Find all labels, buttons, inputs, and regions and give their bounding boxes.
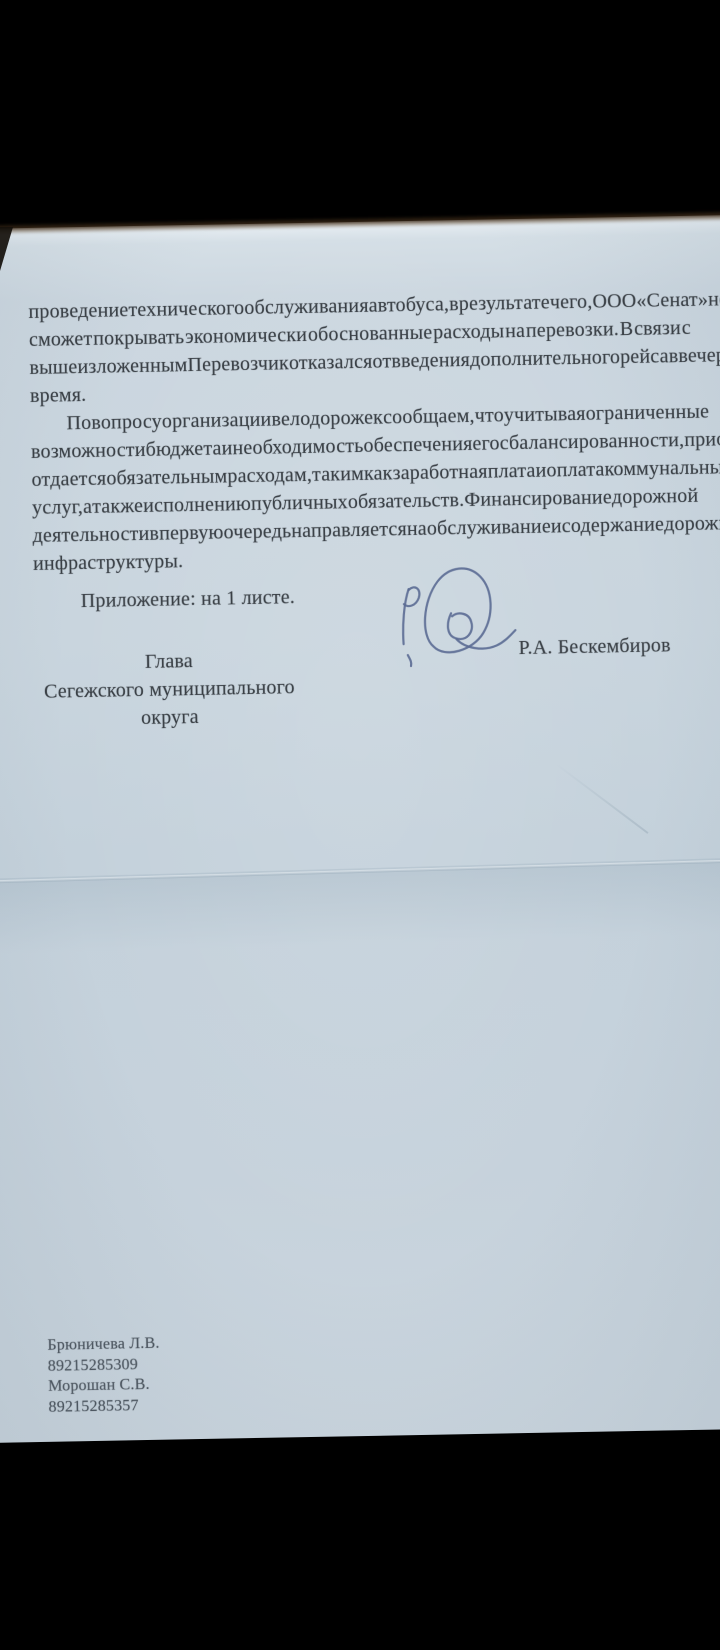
signatory-title-line2: Сегежского муниципального округа [35, 673, 304, 734]
footer-contacts: Брюничева Л.В. 89215285309 Морошан С.В. … [47, 1334, 161, 1418]
contact-phone: 89215285309 [48, 1354, 161, 1377]
signatory-name: Р.А. Бескембиров [518, 634, 670, 660]
contact-name: Брюничева Л.В. [47, 1334, 160, 1357]
camera-photo-background: { "colors": { "background": "#000000", "… [0, 0, 720, 1650]
paragraph: проведениетехническогообслуживанияавтобу… [28, 286, 692, 410]
paragraph: Повопросуорганизациивелодорожексообщаем,… [30, 398, 695, 578]
signature-block: Глава Сегежского муниципального округа Р… [34, 624, 698, 766]
contact-phone: 89215285357 [48, 1395, 161, 1418]
signatory-title: Глава Сегежского муниципального округа [35, 645, 304, 734]
letter-body: проведениетехническогообслуживанияавтобу… [0, 215, 720, 1443]
contact-name: Морошан С.В. [48, 1375, 161, 1398]
handwritten-signature [365, 561, 528, 716]
letter-paper: проведениетехническогообслуживанияавтобу… [0, 215, 720, 1443]
